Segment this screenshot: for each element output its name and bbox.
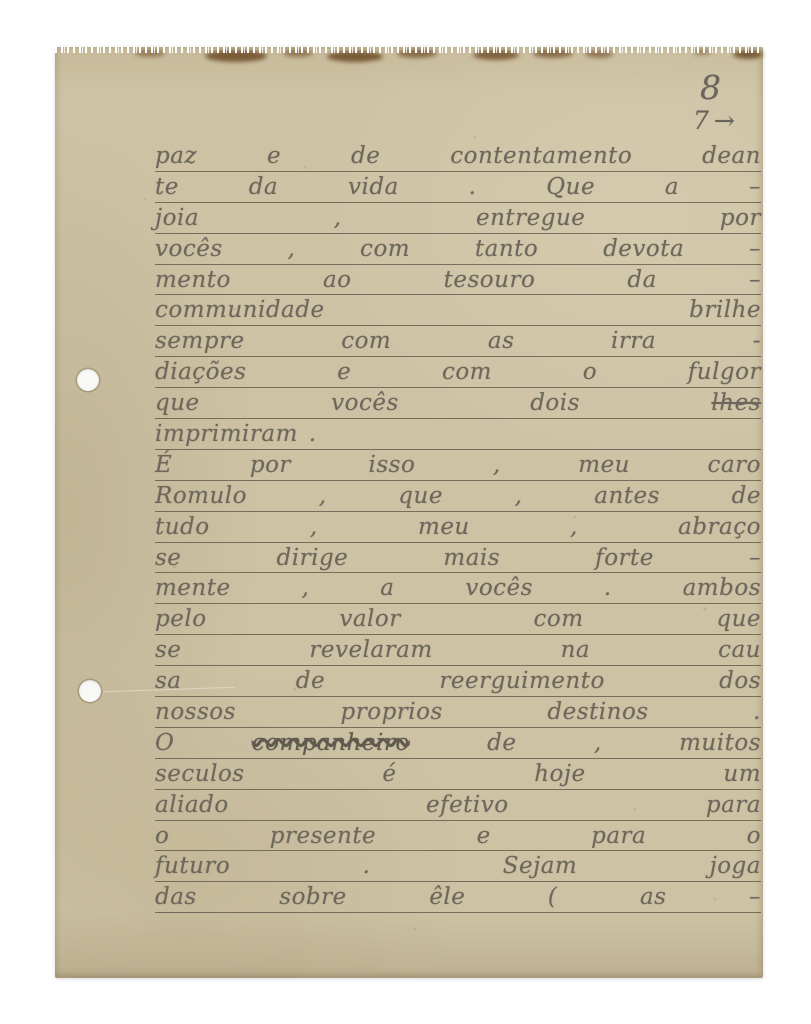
handwritten-text: paz e de contentamento deante da vida . … xyxy=(155,141,761,913)
letter-line: nossos proprios destinos . xyxy=(155,697,761,728)
punch-hole xyxy=(79,680,101,702)
letter-line: aliado efetivo para xyxy=(155,790,761,821)
letter-line: pelo valor com que xyxy=(155,604,761,635)
page-number: 8 xyxy=(700,71,721,104)
letter-line: diações e com o fulgor xyxy=(155,357,761,388)
letter-line: sempre com as irra - xyxy=(155,326,761,357)
punch-hole xyxy=(77,369,99,391)
struck-word: lhes xyxy=(711,390,761,416)
letter-line: futuro . Sejam joga xyxy=(155,851,761,882)
scanned-letter: 8 7→ paz e de contentamento deante da vi… xyxy=(0,0,811,1024)
letter-line: sa de reerguimento dos xyxy=(155,666,761,697)
letter-line: o presente e para o xyxy=(155,821,761,852)
sheet-number: 7 xyxy=(693,106,709,135)
letter-line: mente , a vocês . ambos xyxy=(155,573,761,604)
letter-line: communidade brilhe xyxy=(155,295,761,326)
letter-line: vocês , com tanto devota – xyxy=(155,234,761,265)
letter-line: É por isso , meu caro xyxy=(155,450,761,481)
letter-line: te da vida . Que a – xyxy=(155,172,761,203)
letter-line: se revelaram na cau xyxy=(155,635,761,666)
arrow-right-icon: → xyxy=(714,106,735,135)
letter-line: paz e de contentamento dean xyxy=(155,141,761,172)
struck-word: companheiro xyxy=(252,730,410,756)
letter-line: imprimiram . xyxy=(155,419,761,450)
letter-line: Romulo , que , antes de xyxy=(155,481,761,512)
torn-edge xyxy=(55,46,763,53)
letter-line: mento ao tesouro da – xyxy=(155,265,761,296)
letter-line: O companheiro de , muitos xyxy=(155,728,761,759)
letter-line: joia , entregue por xyxy=(155,203,761,234)
letter-page: 8 7→ paz e de contentamento deante da vi… xyxy=(55,47,763,978)
letter-line: que vocês dois lhes xyxy=(155,388,761,419)
letter-line: tudo , meu , abraço xyxy=(155,512,761,543)
letter-line: das sobre êle ( as – xyxy=(155,882,761,913)
letter-line: seculos é hoje um xyxy=(155,759,761,790)
letter-line: se dirige mais forte – xyxy=(155,543,761,574)
page-annotation: 7→ xyxy=(693,108,735,133)
